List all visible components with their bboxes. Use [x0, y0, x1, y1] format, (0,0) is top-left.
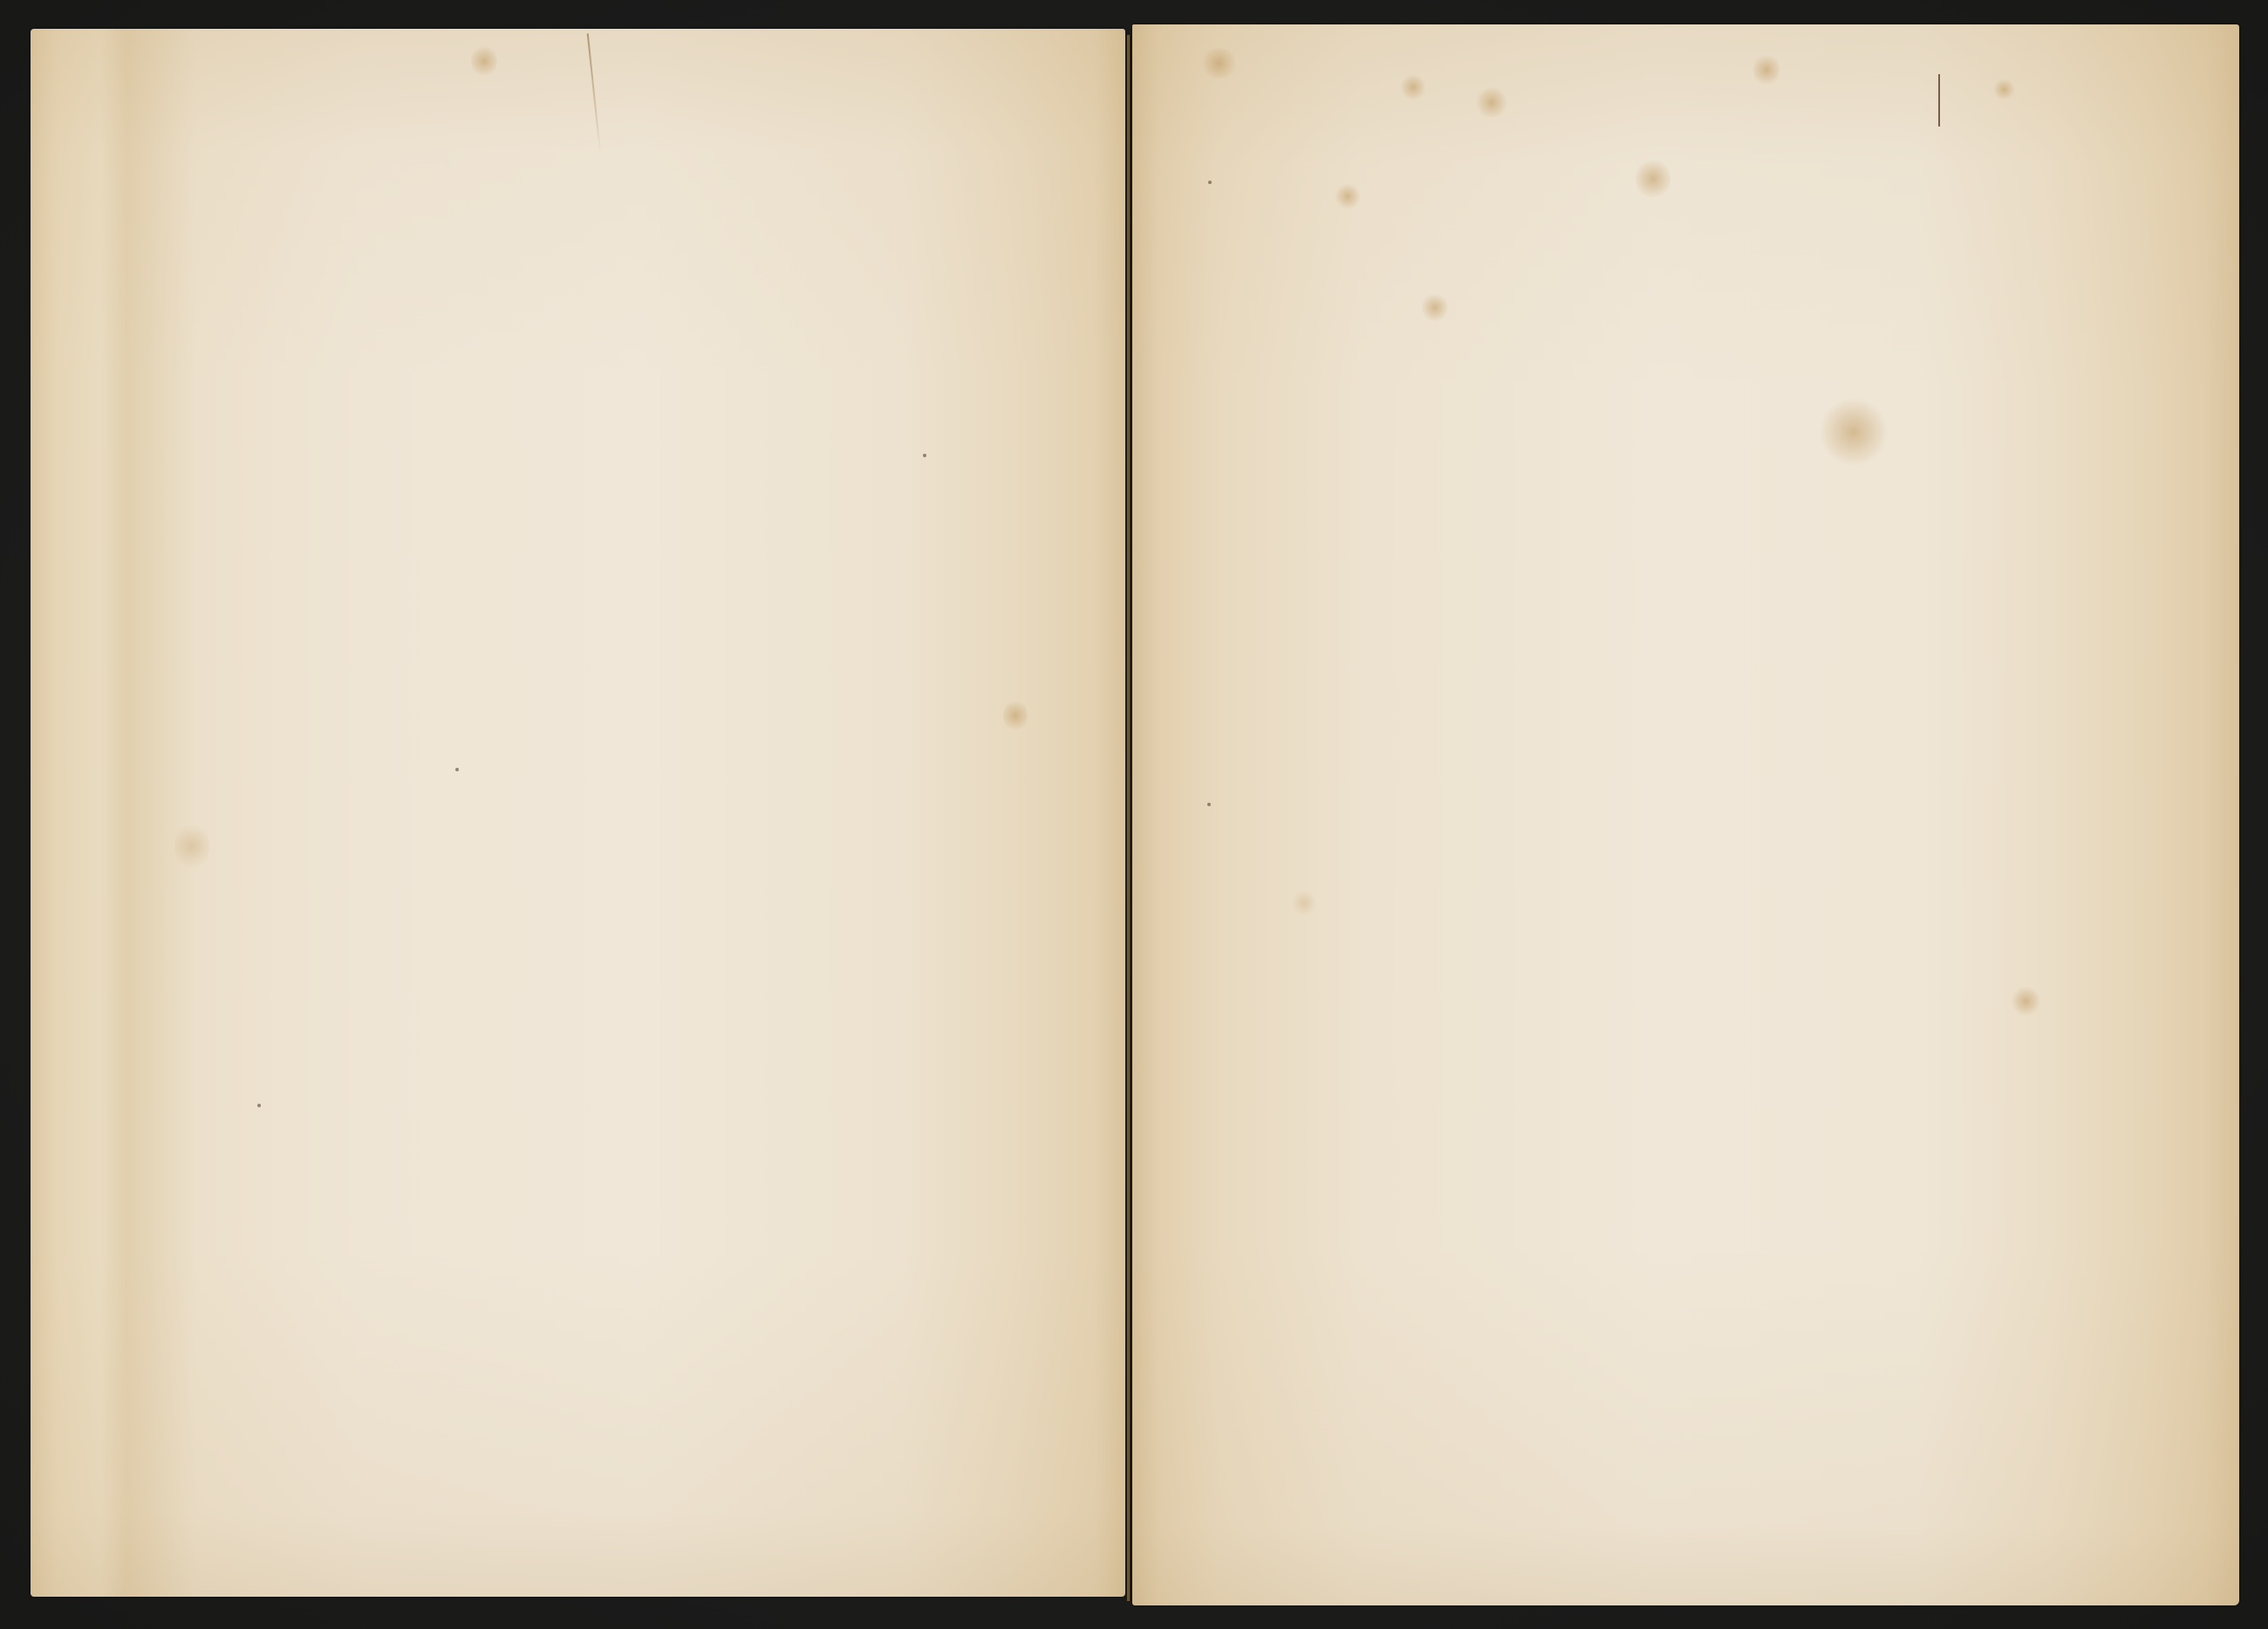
right-blank-page [1132, 24, 2239, 1605]
paper-crease-mark [1938, 74, 1940, 127]
left-blank-page [31, 29, 1125, 1597]
paper-speck [923, 454, 926, 457]
paper-speck [1207, 803, 1211, 806]
binding-gutter [1127, 35, 1130, 1601]
paper-speck [1208, 181, 1212, 184]
paper-speck [257, 1104, 261, 1107]
photo-scene [0, 0, 2268, 1629]
paper-speck [455, 768, 459, 771]
